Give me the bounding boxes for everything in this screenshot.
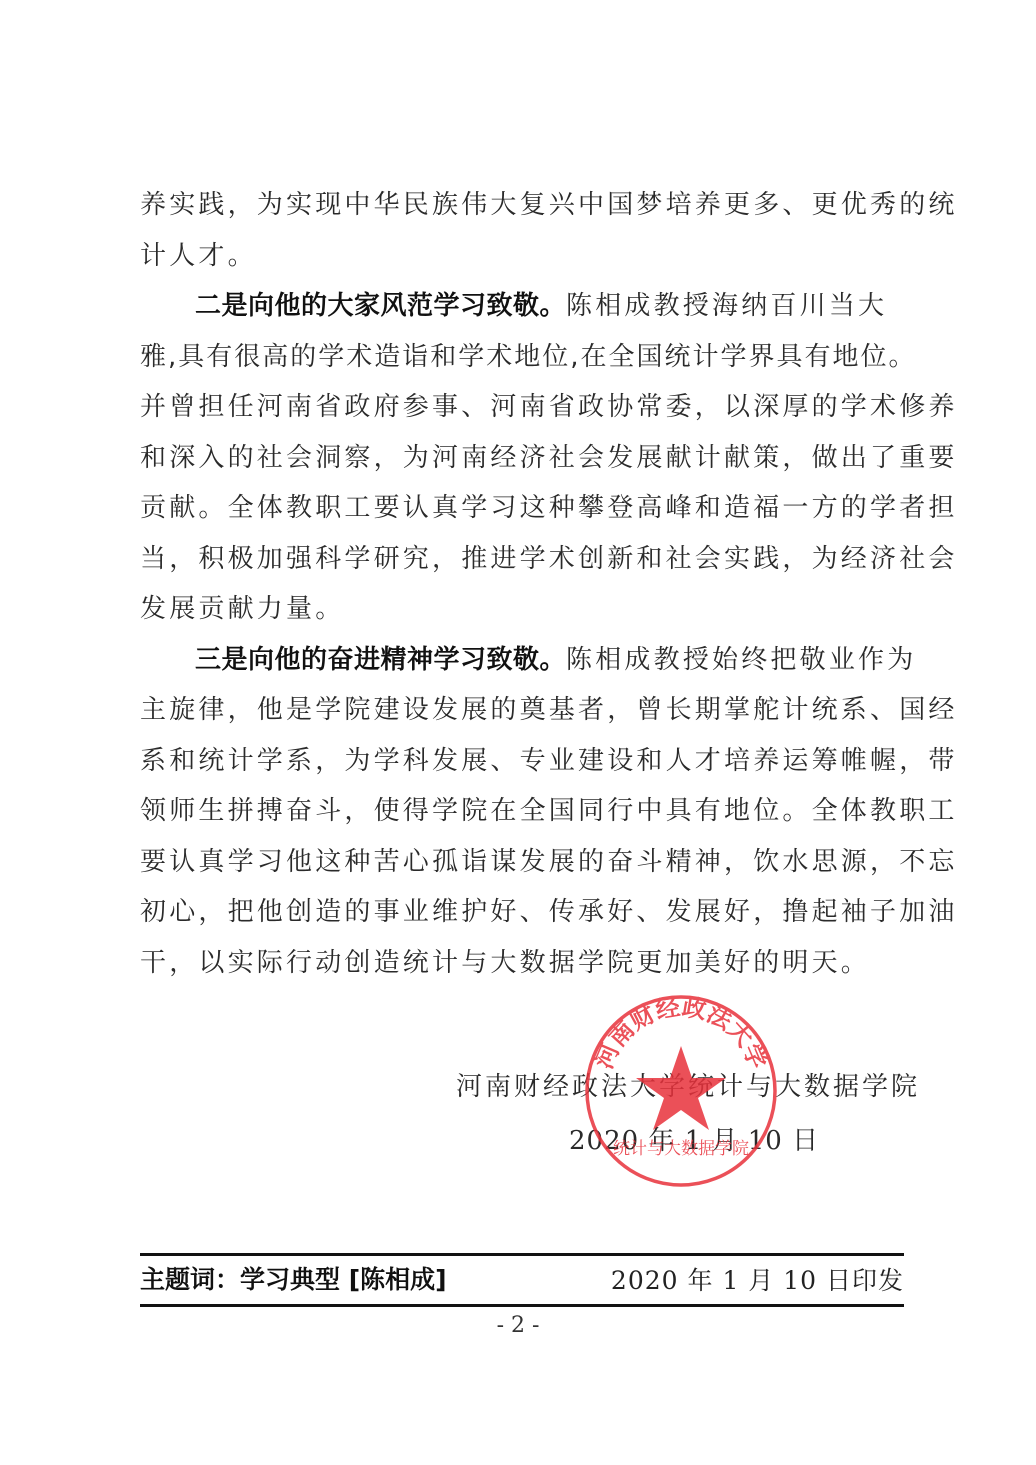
line-text: 贡献。全体教职工要认真学习这种攀登高峰和造福一方的学者担 [140,493,958,523]
line-text: 初心，把他创造的事业维护好、传承好、发展好，撸起袖子加油 [140,897,958,927]
body-line: 初心，把他创造的事业维护好、传承好、发展好，撸起袖子加油 [140,887,908,938]
signature-organization: 河南财经政法大学统计与大数据学院 [456,1066,920,1103]
paragraph-heading-line: 二是向他的大家风范学习致敬。陈相成教授海纳百川当大 [140,281,908,332]
body-line: 要认真学习他这种苦心孤诣谋发展的奋斗精神，饮水思源，不忘 [140,837,908,888]
body-line: 计人才。 [140,231,908,282]
line-text: 雅,具有很高的学术造诣和学术地位,在全国统计学界具有地位。 [140,342,917,372]
body-line: 雅,具有很高的学术造诣和学术地位,在全国统计学界具有地位。 [140,332,908,383]
body-line: 领师生拼搏奋斗，使得学院在全国同行中具有地位。全体教职工 [140,786,908,837]
paragraph-heading-line: 三是向他的奋进精神学习致敬。陈相成教授始终把敬业作为 [140,635,908,686]
body-line: 发展贡献力量。 [140,584,908,635]
paragraph-heading: 二是向他的大家风范学习致敬。 [195,291,566,321]
line-text: 计人才。 [140,241,257,271]
body-line: 养实践，为实现中华民族伟大复兴中国梦培养更多、更优秀的统 [140,180,908,231]
page-number: - 2 - [0,1313,1036,1338]
line-text: 陈相成教授始终把敬业作为 [566,645,916,675]
seal-outer-text: 河南财经政法大学 [590,994,772,1073]
line-text: 领师生拼搏奋斗，使得学院在全国同行中具有地位。全体教职工 [140,796,958,826]
line-text: 干，以实际行动创造统计与大数据学院更加美好的明天。 [140,948,870,978]
body-line: 主旋律，他是学院建设发展的奠基者，曾长期掌舵计统系、国经 [140,685,908,736]
line-text: 并曾担任河南省政府参事、河南省政协常委，以深厚的学术修养 [140,392,958,422]
signature-date: 2020 年 1 月 10 日 [569,1120,819,1157]
footer-top-divider [140,1253,904,1256]
paragraph-heading: 三是向他的奋进精神学习致敬。 [195,645,566,675]
line-text: 发展贡献力量。 [140,594,344,624]
body-line: 并曾担任河南省政府参事、河南省政协常委，以深厚的学术修养 [140,382,908,433]
line-text: 要认真学习他这种苦心孤诣谋发展的奋斗精神，饮水思源，不忘 [140,847,958,877]
line-text: 陈相成教授海纳百川当大 [566,291,887,321]
line-text: 主旋律，他是学院建设发展的奠基者，曾长期掌舵计统系、国经 [140,695,958,725]
body-line: 贡献。全体教职工要认真学习这种攀登高峰和造福一方的学者担 [140,483,908,534]
keywords: 主题词：学习典型 [陈相成] [140,1260,447,1296]
footer-bottom-divider [140,1304,904,1307]
line-text: 系和统计学系，为学科发展、专业建设和人才培养运筹帷幄，带 [140,746,958,776]
body-line: 和深入的社会洞察，为河南经济社会发展献计献策，做出了重要 [140,433,908,484]
svg-text:河南财经政法大学: 河南财经政法大学 [590,994,772,1073]
body-line: 系和统计学系，为学科发展、专业建设和人才培养运筹帷幄，带 [140,736,908,787]
document-body: 养实践，为实现中华民族伟大复兴中国梦培养更多、更优秀的统 计人才。 二是向他的大… [140,180,908,988]
print-date: 2020 年 1 月 10 日印发 [611,1261,904,1297]
line-text: 养实践，为实现中华民族伟大复兴中国梦培养更多、更优秀的统 [140,190,958,220]
document-page: 养实践，为实现中华民族伟大复兴中国梦培养更多、更优秀的统 计人才。 二是向他的大… [0,0,1036,1465]
line-text: 当，积极加强科学研究，推进学术创新和社会实践，为经济社会 [140,544,958,574]
body-line: 干，以实际行动创造统计与大数据学院更加美好的明天。 [140,938,908,989]
body-line: 当，积极加强科学研究，推进学术创新和社会实践，为经济社会 [140,534,908,585]
line-text: 和深入的社会洞察，为河南经济社会发展献计献策，做出了重要 [140,443,958,473]
